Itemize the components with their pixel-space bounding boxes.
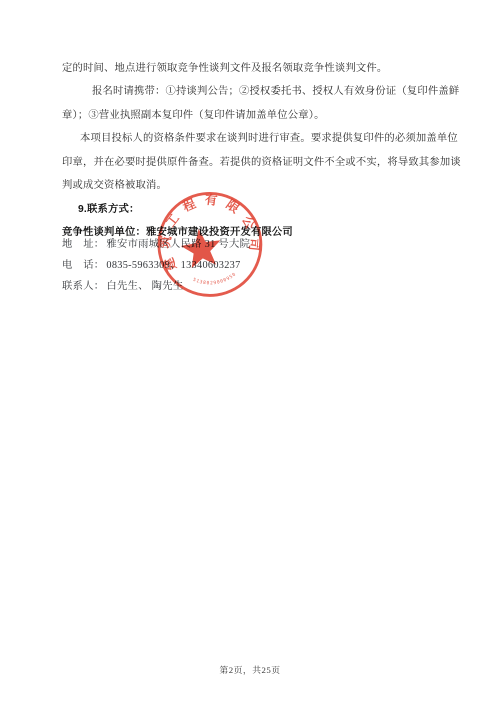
contact-value: 雅安市雨城区人民路 31 号大院: [106, 239, 250, 250]
contact-row-address: 地 址：雅安市雨城区人民路 31 号大院: [62, 234, 462, 255]
page-number: 第2页，共25页: [0, 663, 500, 676]
contact-label: 联系人：: [62, 281, 104, 292]
section-heading: 9.联系方式：: [62, 198, 462, 221]
body-line: 判或成交资格被取消。: [62, 174, 462, 197]
contact-label: 电 话：: [62, 260, 104, 271]
contact-row-phone: 电 话：0835-5963309、13340603237: [62, 255, 462, 276]
contact-value: 0835-5963309、13340603237: [106, 260, 240, 271]
document-page: 定的时间、地点进行领取竞争性谈判文件及报名领取竞争性谈判文件。 报名时请携带：①…: [0, 0, 500, 707]
body-text: 定的时间、地点进行领取竞争性谈判文件及报名领取竞争性谈判文件。 报名时请携带：①…: [62, 57, 462, 245]
contact-row-person: 联系人：白先生、 陶先生: [62, 276, 462, 297]
body-line: 印章，并在必要时提供原件备查。若提供的资格证明文件不全或不实，将导致其参加谈: [62, 151, 462, 174]
contact-label: 地 址：: [62, 239, 104, 250]
contact-value: 白先生、 陶先生: [106, 281, 183, 292]
body-line: 报名时请携带：①持谈判公告；②授权委托书、授权人有效身份证（复印件盖鲜: [62, 80, 462, 103]
body-line: 本项目投标人的资格条件要求在谈判时进行审查。要求提供复印件的必须加盖单位: [62, 127, 462, 150]
contact-block: 地 址：雅安市雨城区人民路 31 号大院 电 话：0835-5963309、13…: [62, 234, 462, 297]
body-line: 定的时间、地点进行领取竞争性谈判文件及报名领取竞争性谈判文件。: [62, 57, 462, 80]
body-line: 章）；③营业执照副本复印件（复印件请加盖单位公章）。: [62, 104, 462, 127]
